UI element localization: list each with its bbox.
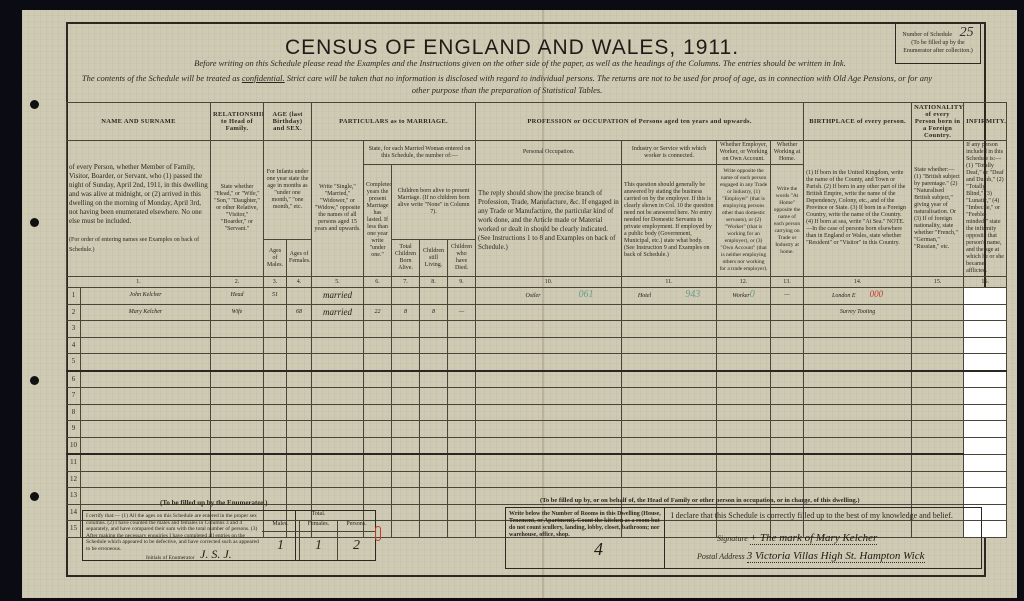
cell-industry (622, 304, 717, 321)
table-row: 12 (67, 471, 1007, 488)
schedule-number-box: Number of Schedule 25 (To be filled up b… (895, 22, 981, 64)
postal-address-field: Postal Address3 Victoria Villas High St.… (695, 550, 925, 562)
cell-years-married (364, 288, 392, 305)
punch-hole (30, 218, 39, 227)
header-profession: PROFESSION or OCCUPATION of Persons aged… (476, 103, 804, 141)
punch-hole (30, 492, 39, 501)
column-number-row: 1. 2. 3. 4. 5. 6. 7. 8. 9. 10. 11. 12. 1… (67, 277, 1007, 288)
schedule-number-value: 25 (960, 25, 974, 40)
cell-age-male (264, 304, 287, 321)
cell-at-home (771, 304, 804, 321)
enumerator-caption: (To be filled up by the Enumerator.) (160, 499, 267, 507)
declaration-text: I declare that this Schedule is correctl… (671, 511, 975, 520)
marriage-status-instructions: Write "Single," "Married," "Widower," or… (312, 141, 364, 277)
header-birthplace: BIRTHPLACE of every person. (804, 103, 912, 141)
header-have-died: Children who have Died. (448, 240, 476, 277)
cell-occupation: Ostler061 (476, 288, 622, 305)
cell-infirmity (964, 304, 1007, 321)
table-row: 8 (67, 404, 1007, 421)
cell-still-living (420, 288, 448, 305)
cell-birthplace: Surrey Tooting (804, 304, 912, 321)
cell-nationality (912, 304, 964, 321)
married-woman-instructions: State, for each Married Woman entered on… (364, 141, 476, 165)
cell-total-born: 8 (392, 304, 420, 321)
header-age-females: Ages of Females. (287, 240, 312, 277)
header-marriage: PARTICULARS as to MARRIAGE. (312, 103, 476, 141)
table-row: 5 (67, 354, 1007, 371)
cell-total-born (392, 288, 420, 305)
cell-have-died: — (448, 304, 476, 321)
cell-name: Mary Kelcher (81, 304, 211, 321)
punch-hole (30, 376, 39, 385)
header-infirmity: INFIRMITY. (964, 103, 1007, 141)
age-instructions: For Infants under one year state the age… (264, 141, 312, 240)
nationality-instructions: State whether:— (1) "British subject by … (912, 141, 964, 277)
rooms-box: Write below the Number of Rooms in this … (505, 507, 665, 569)
total-males-value: 1 (262, 532, 300, 560)
header-relationship: RELATIONSHIP to Head of Family. (211, 103, 264, 141)
document-title: CENSUS OF ENGLAND AND WALES, 1911. (0, 36, 1024, 60)
completed-years-instructions: Completed years the present Marriage has… (364, 165, 392, 277)
cell-employer-status: Worker0 (717, 288, 771, 305)
red-check-mark (375, 526, 381, 541)
birthplace-instructions: (1) If born in the United Kingdom, write… (804, 141, 912, 277)
table-row: 9 (67, 421, 1007, 438)
household-caption: (To be filled up by, or on behalf of, th… (540, 497, 860, 504)
signature-field: Signature+ The mark of Mary Kelcher (715, 532, 877, 544)
total-females-label: Females. (300, 521, 338, 531)
cell-still-living: 8 (420, 304, 448, 321)
occupation-code: 061 (579, 289, 594, 300)
cell-age-female (287, 288, 312, 305)
cell-industry: Hotel943 (622, 288, 717, 305)
cell-relationship: Wife (211, 304, 264, 321)
header-total-born: Total Children Born Alive. (392, 240, 420, 277)
header-employer: Whether Employer, Worker, or Working on … (717, 141, 771, 165)
header-name: NAME AND SURNAME (67, 103, 211, 141)
cell-relationship: Head (211, 288, 264, 305)
enumerator-initials: J. S. J. (200, 547, 232, 562)
declaration-box: I declare that this Schedule is correctl… (665, 507, 982, 569)
header-personal-occupation: Personal Occupation. (476, 141, 622, 165)
table-row: 4 (67, 337, 1007, 354)
table-row: 7 (67, 388, 1007, 405)
cell-nationality (912, 288, 964, 305)
industry-code: 943 (685, 289, 700, 300)
cell-age-male: 51 (264, 288, 287, 305)
table-row: 6 (67, 371, 1007, 388)
birthplace-code: 000 (870, 289, 884, 299)
rooms-value: 4 (594, 546, 603, 553)
cell-at-home: — (771, 288, 804, 305)
name-instructions: of every Person, whether Member of Famil… (67, 141, 211, 277)
census-table: NAME AND SURNAME RELATIONSHIP to Head of… (66, 102, 1007, 538)
total-persons-label: Persons. (338, 521, 375, 531)
postal-address-value: 3 Victoria Villas High St. Hampton Wick (747, 550, 925, 563)
header-age-males: Ages of Males. (264, 240, 287, 277)
header-industry: Industry or Service with which worker is… (622, 141, 717, 165)
punch-hole (30, 100, 39, 109)
instruction-line: Before writing on this Schedule please r… (160, 58, 880, 68)
cell-years-married: 22 (364, 304, 392, 321)
table-row: 2 Mary Kelcher Wife 68 married 22 8 8 — … (67, 304, 1007, 321)
infirmity-instructions: If any person included in this Schedule … (964, 141, 1007, 277)
header-at-home: Whether Working at Home. (771, 141, 804, 165)
table-row: 1 John Kelcher Head 51 married Ostler061… (67, 288, 1007, 305)
total-persons-value: 2 (338, 532, 375, 560)
relationship-instructions: State whether "Head," or "Wife," "Son," … (211, 141, 264, 277)
children-instructions: Children born alive to present Marriage.… (392, 165, 476, 240)
cell-occupation (476, 304, 622, 321)
at-home-instructions: Write the words "At Home" opposite the n… (771, 165, 804, 277)
table-row: 11 (67, 454, 1007, 471)
total-males-label: Males. (262, 521, 300, 531)
table-row: 3 (67, 321, 1007, 338)
cell-age-female: 68 (287, 304, 312, 321)
cell-marital-status: married (312, 304, 364, 321)
cell-have-died (448, 288, 476, 305)
cell-employer-status (717, 304, 771, 321)
confidentiality-note: The contents of the Schedule will be tre… (72, 72, 942, 96)
cell-infirmity (964, 288, 1007, 305)
signature-value: + The mark of Mary Kelcher (750, 532, 877, 545)
header-nationality: NATIONALITY of every Person born in a Fo… (912, 103, 964, 141)
employer-code: 0 (750, 289, 755, 300)
occupation-instructions: The reply should show the precise branch… (476, 165, 622, 277)
table-row: 10 (67, 437, 1007, 454)
header-still-living: Children still Living. (420, 240, 448, 277)
cell-birthplace: London E000 (804, 288, 912, 305)
totals-box: Total. Males. Females. Persons. 1 1 2 (262, 510, 376, 561)
employer-instructions: Write opposite the name of each person e… (717, 165, 771, 277)
industry-instructions: This question should generally be answer… (622, 165, 717, 277)
total-females-value: 1 (300, 532, 338, 560)
cell-name: John Kelcher (81, 288, 211, 305)
cell-marital-status: married (312, 288, 364, 305)
header-age: AGE (last Birthday) and SEX. (264, 103, 312, 141)
